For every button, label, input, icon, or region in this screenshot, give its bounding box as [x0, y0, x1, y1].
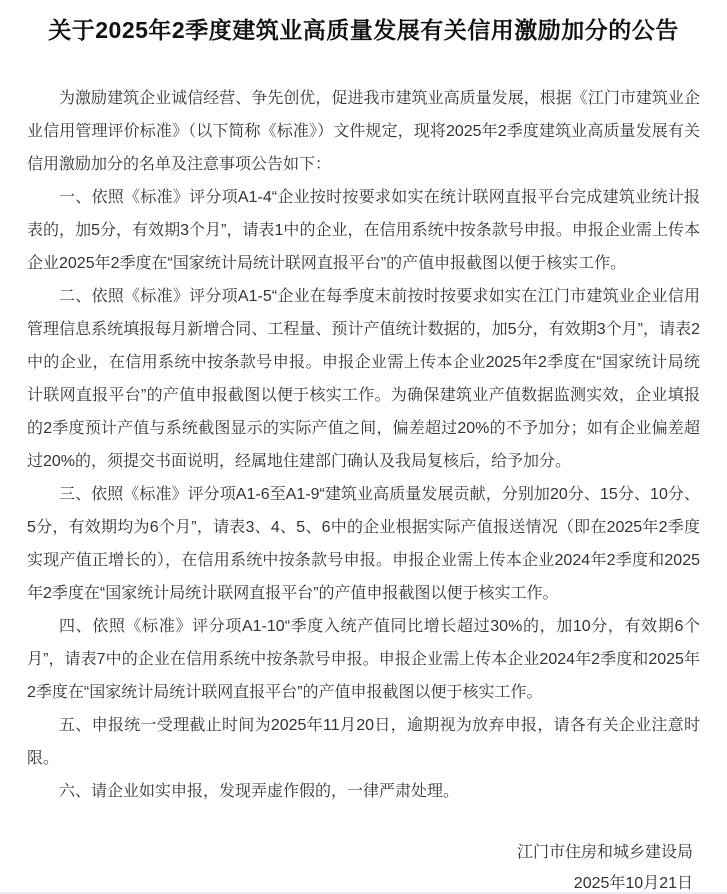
paragraph-item-4: 四、依照《标准》评分项A1-10“季度入统产值同比增长超过30%的，加10分，有… [27, 610, 700, 709]
paragraph-item-1: 一、依照《标准》评分项A1-4“企业按时按要求如实在统计联网直报平台完成建筑业统… [27, 181, 700, 280]
paragraph-intro: 为激励建筑企业诚信经营、争先创优，促进我市建筑业高质量发展，根据《江门市建筑业企… [27, 82, 700, 181]
signature-issuer: 江门市住房和城乡建设局 [27, 837, 693, 868]
paragraph-item-6: 六、请企业如实申报，发现弄虚作假的，一律严肃处理。 [27, 775, 700, 808]
paragraph-item-5: 五、申报统一受理截止时间为2025年11月20日，逾期视为放弃申报，请各有关企业… [27, 709, 700, 775]
document-title: 关于2025年2季度建筑业高质量发展有关信用激励加分的公告 [27, 14, 700, 46]
signature-date: 2025年10月21日 [27, 868, 693, 894]
signature-block: 江门市住房和城乡建设局 2025年10月21日 [27, 837, 700, 894]
document-body: 为激励建筑企业诚信经营、争先创优，促进我市建筑业高质量发展，根据《江门市建筑业企… [27, 82, 700, 808]
announcement-page: 关于2025年2季度建筑业高质量发展有关信用激励加分的公告 为激励建筑企业诚信经… [0, 0, 727, 894]
paragraph-item-2: 二、依照《标准》评分项A1-5“企业在每季度末前按时按要求如实在江门市建筑业企业… [27, 280, 700, 478]
paragraph-item-3: 三、依照《标准》评分项A1-6至A1-9“建筑业高质量发展贡献，分别加20分、1… [27, 478, 700, 610]
